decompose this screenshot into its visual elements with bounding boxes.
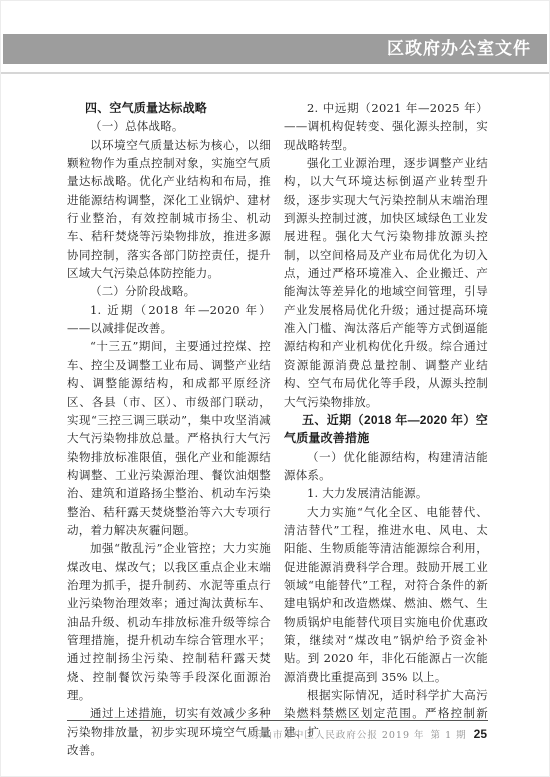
footer-page-number: 25 <box>474 727 487 741</box>
footer-issue-label: 第 1 期 <box>431 730 467 741</box>
page-content: 四、空气质量达标战略 （一）总体战略。 以环境空气质量达标为核心，以细颗粒物作为… <box>67 99 488 759</box>
footer-divider <box>67 720 488 721</box>
body-paragraph: 加强“散乱污”企业管控；大力实施煤改电、煤改气；以我区重点企业末端治理为抓手，提… <box>67 539 271 704</box>
body-paragraph: “十三五”期间，主要通过控煤、控车、控尘及调整工业布局、调整产业结构、调整能源结… <box>67 337 271 539</box>
body-paragraph: 大力实施“气化全区、电能替代、清洁替代”工程，推进水电、风电、太阳能、生物质能等… <box>284 503 488 686</box>
body-paragraph: 以环境空气质量达标为核心，以细颗粒物作为重点控制对象，实施空气质量达标战略。优化… <box>67 136 271 283</box>
footer-journal-title: 乐山市市中区人民政府公报 2019 年 <box>252 730 425 741</box>
header-banner: 区政府办公室文件 <box>3 34 547 64</box>
document-page: 区政府办公室文件 四、空气质量达标战略 （一）总体战略。 以环境空气质量达标为核… <box>0 0 550 777</box>
body-paragraph: 2. 中远期（2021 年—2025 年）——调机构促转变、强化源头控制，实现战… <box>284 99 488 154</box>
body-paragraph: 1. 大力发展清洁能源。 <box>284 484 488 502</box>
sub-heading: （一）优化能源结构，构建清洁能源体系。 <box>284 448 488 485</box>
body-paragraph: 强化工业源治理，逐步调整产业结构，以大气环境达标倒逼产业转型升级，逐步实现大气污… <box>284 154 488 411</box>
left-column: 四、空气质量达标战略 （一）总体战略。 以环境空气质量达标为核心，以细颗粒物作为… <box>67 99 271 759</box>
body-paragraph: 1. 近期（2018 年—2020 年）——以减排促改善。 <box>67 301 271 338</box>
right-column: 2. 中远期（2021 年—2025 年）——调机构促转变、强化源头控制，实现战… <box>284 99 488 759</box>
sub-heading: （二）分阶段战略。 <box>67 282 271 300</box>
body-paragraph: 通过上述措施，切实有效减少多种污染物排放量，初步实现环境空气质量改善。 <box>67 704 271 759</box>
sub-heading: （一）总体战略。 <box>67 117 271 135</box>
page-footer: 乐山市市中区人民政府公报 2019 年第 1 期25 <box>252 727 487 741</box>
section-heading: 四、空气质量达标战略 <box>67 99 271 117</box>
section-heading: 五、近期（2018 年—2020 年）空气质量改善措施 <box>284 411 488 448</box>
header-divider <box>1 72 549 74</box>
